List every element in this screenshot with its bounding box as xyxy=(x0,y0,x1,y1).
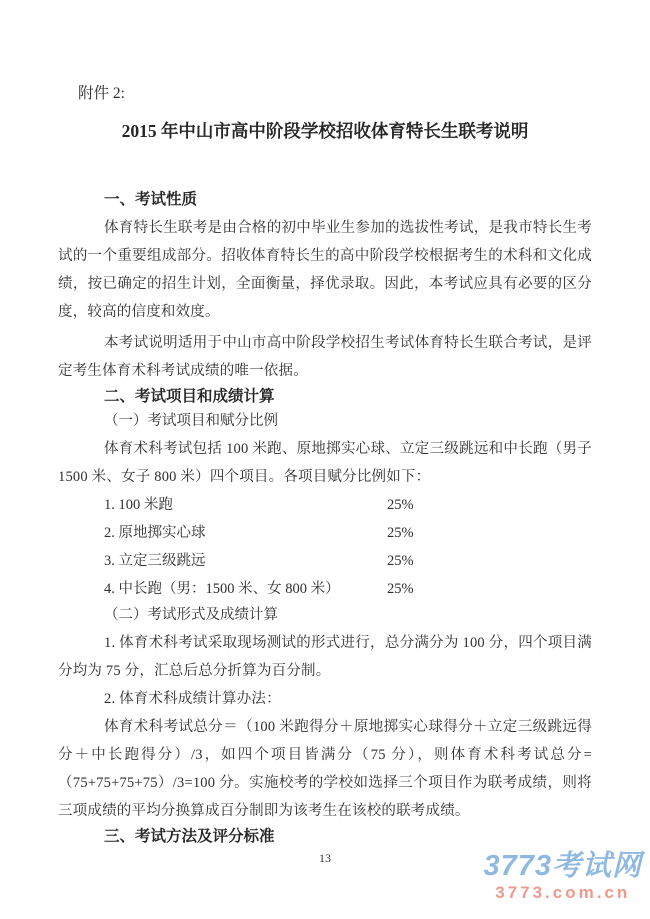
list-item-value: 25% xyxy=(387,519,414,547)
section3-heading: 三、考试方法及评分标准 xyxy=(104,825,592,849)
list-item-label: 3. 立定三级跳远 xyxy=(104,553,206,569)
list-item-value: 25% xyxy=(387,575,414,603)
document-page: 附件 2: 2015 年中山市高中阶段学校招收体育特长生联考说明 一、考试性质 … xyxy=(0,0,650,919)
list-item: 1. 100 米跑 25% xyxy=(58,491,592,519)
section2-sub1-intro: 体育术科考试包括 100 米跑、原地掷实心球、立定三级跳远和中长跑（男子 150… xyxy=(58,435,592,491)
score-ratio-list: 1. 100 米跑 25% 2. 原地掷实心球 25% 3. 立定三级跳远 25… xyxy=(58,491,592,603)
section1-heading: 一、考试性质 xyxy=(104,188,592,212)
list-item-label: 2. 原地掷实心球 xyxy=(104,525,206,541)
section2-sub2-paragraph-3: 体育术科考试总分＝（100 米跑得分＋原地掷实心球得分＋立定三级跳远得分＋中长跑… xyxy=(58,713,592,825)
section1-paragraph-2: 本考试说明适用于中山市高中阶段学校招生考试体育特长生联合考试，是评定考生体育术科… xyxy=(58,329,592,385)
section2-sub2-paragraph-1: 1. 体育术科考试采取现场测试的形式进行，总分满分为 100 分，四个项目满分均… xyxy=(58,629,592,685)
list-item: 3. 立定三级跳远 25% xyxy=(58,547,592,575)
section2-sub2-heading: （二）考试形式及成绩计算 xyxy=(104,603,592,627)
list-item: 2. 原地掷实心球 25% xyxy=(58,519,592,547)
section1-paragraph-1: 体育特长生联考是由合格的初中毕业生参加的选拔性考试，是我市特长生考试的一个重要组… xyxy=(58,214,592,326)
watermark-site-url: 3773.com.cn xyxy=(483,884,642,901)
list-item-value: 25% xyxy=(387,547,414,575)
watermark-site-name: 3773考试网 xyxy=(483,852,642,881)
section2-sub1-heading: （一）考试项目和赋分比例 xyxy=(104,409,592,433)
list-item-label: 1. 100 米跑 xyxy=(104,497,173,513)
section2-heading: 二、考试项目和成绩计算 xyxy=(104,385,592,409)
document-title: 2015 年中山市高中阶段学校招收体育特长生联考说明 xyxy=(58,118,592,144)
watermark: 3773考试网 3773.com.cn xyxy=(483,852,642,901)
attachment-label: 附件 2: xyxy=(78,83,592,105)
document-content: 附件 2: 2015 年中山市高中阶段学校招收体育特长生联考说明 一、考试性质 … xyxy=(0,0,650,849)
list-item-value: 25% xyxy=(387,491,414,519)
list-item: 4. 中长跑（男：1500 米、女 800 米） 25% xyxy=(58,575,592,603)
list-item-label: 4. 中长跑（男：1500 米、女 800 米） xyxy=(104,581,340,597)
section2-sub2-paragraph-2: 2. 体育术科成绩计算办法： xyxy=(58,685,592,713)
